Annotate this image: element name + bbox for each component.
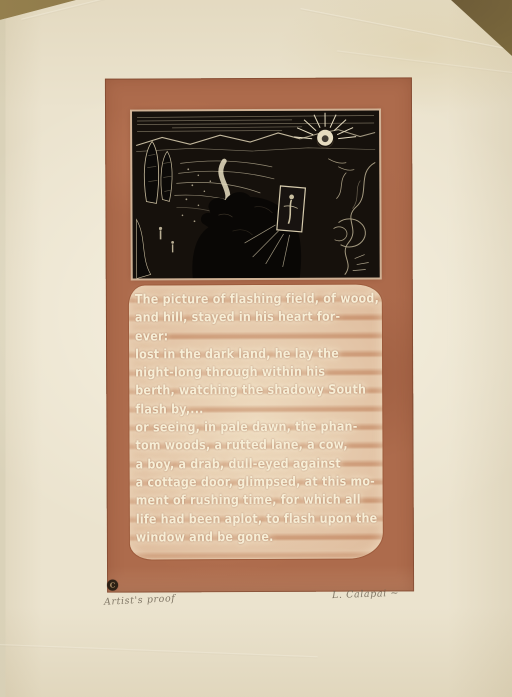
- verse-line: or seeing, in pale dawn, the phan-: [135, 420, 347, 439]
- verse-line: night-long through within his: [135, 365, 347, 384]
- verse-line: lost in the dark land, he lay the: [135, 347, 347, 366]
- verse-line: window and be gone.: [136, 529, 348, 548]
- paper-crease: [21, 0, 109, 21]
- woodcut-scene-svg: [132, 110, 380, 278]
- artist-proof-inscription: Artist's proof: [104, 593, 176, 608]
- paper-crease: [0, 644, 318, 659]
- chop-glyph: C: [110, 581, 116, 590]
- artist-signature: L. Calapai ~: [332, 588, 399, 601]
- artist-chop-mark: C: [107, 580, 118, 591]
- berth-window: [277, 186, 306, 232]
- verse-line: ment of rushing time, for which all: [136, 493, 348, 512]
- paper-crease: [300, 8, 512, 54]
- terracotta-print-plate: The picture of flashing field, of wood, …: [105, 77, 414, 592]
- woodcut-illustration: [132, 110, 380, 278]
- verse-line: tom woods, a rutted lane, a cow,: [135, 438, 347, 457]
- verse-line: flash by,...: [135, 401, 347, 420]
- verse-line: ever:: [135, 328, 347, 347]
- verse-line: a cottage door, glimpsed, at this mo-: [136, 475, 348, 494]
- paper-sheet: The picture of flashing field, of wood, …: [0, 0, 512, 697]
- verse-line: life had been aplot, to flash upon the: [136, 511, 348, 530]
- scanner-background: The picture of flashing field, of wood, …: [0, 0, 512, 697]
- verse-block: The picture of flashing field, of wood, …: [129, 284, 383, 559]
- paper-crease: [337, 50, 512, 75]
- verse-line: a boy, a drab, dull-eyed against: [136, 456, 348, 475]
- verse-line: berth, watching the shadowy South: [135, 383, 347, 402]
- verse-line: The picture of flashing field, of wood,: [135, 292, 347, 311]
- verse-line: and hill, stayed in his heart for-: [135, 310, 347, 329]
- paper-crease: [447, 110, 448, 610]
